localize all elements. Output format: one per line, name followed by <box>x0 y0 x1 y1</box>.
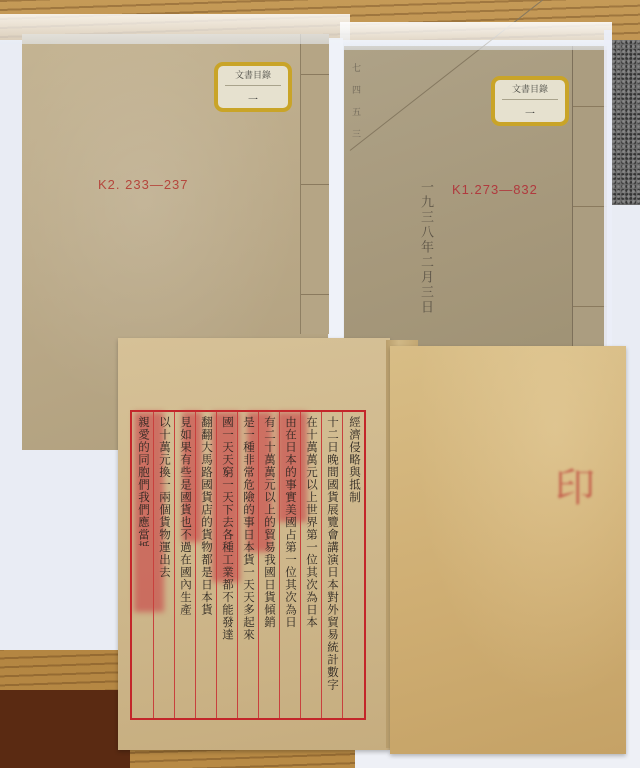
right-call-number: K1.273—832 <box>452 182 538 197</box>
manuscript-column: 十二日晚間國貨展覽會講演日本對外貿易統計數字 <box>322 416 343 716</box>
plastic-sleeve-edge-right <box>340 22 612 50</box>
booklet-right-page <box>390 346 626 754</box>
pencil-notes: 七 四 五 三 <box>352 58 361 146</box>
handwritten-manuscript: 經濟侵略與抵制 十二日晚間國貨展覽會講演日本對外貿易統計數字 在十萬萬元以上世界… <box>130 410 366 720</box>
manuscript-column: 翻翻大馬路國貨店的貨物都是日本貨 <box>196 416 217 716</box>
manuscript-column: 以十萬元換一兩個貨物運出去 <box>154 416 175 716</box>
left-label-number: 一 <box>248 91 258 106</box>
faded-red-seal: 印 <box>555 448 595 528</box>
manuscript-column: 由在日本的事實美國占第一位其次為日 <box>280 416 301 716</box>
right-folder-date: 一九三八年二月三日 <box>416 180 435 340</box>
left-folder-spine <box>300 34 329 334</box>
granite-surface <box>612 40 640 205</box>
manuscript-title: 經濟侵略與抵制 <box>344 416 365 716</box>
manuscript-column: 在十萬萬元以上世界第一位其次為日本 <box>301 416 322 716</box>
left-label-text: 文書目錄 <box>235 68 271 81</box>
plastic-sleeve-edge-left <box>0 14 350 44</box>
manuscript-column: 見如果有些是國貨也不過在國內生產 <box>175 416 196 716</box>
right-folder-spine <box>572 46 607 348</box>
dark-wood-corner <box>0 690 130 768</box>
left-call-number: K2. 233—237 <box>98 177 189 192</box>
plastic-sleeve-side <box>329 38 343 338</box>
manuscript-column: 有二十萬萬元以上的貿易我國日貨傾銷 <box>259 416 280 716</box>
right-label-number: 一 <box>525 105 535 120</box>
plastic-sleeve-right <box>604 30 612 350</box>
manuscript-column: 國一天天窮一天下去各種工業都不能發達 <box>217 416 238 716</box>
right-label-text: 文書目錄 <box>512 82 548 95</box>
manuscript-column: 親愛的同胞們我們應當抵制日貨提倡國貨 <box>133 416 154 546</box>
left-folder-label: 文書目錄 一 <box>214 62 292 112</box>
manuscript-column: 是一種非常危險的事日本貨一天天多起來 <box>238 416 259 716</box>
right-folder-label: 文書目錄 一 <box>491 76 569 126</box>
